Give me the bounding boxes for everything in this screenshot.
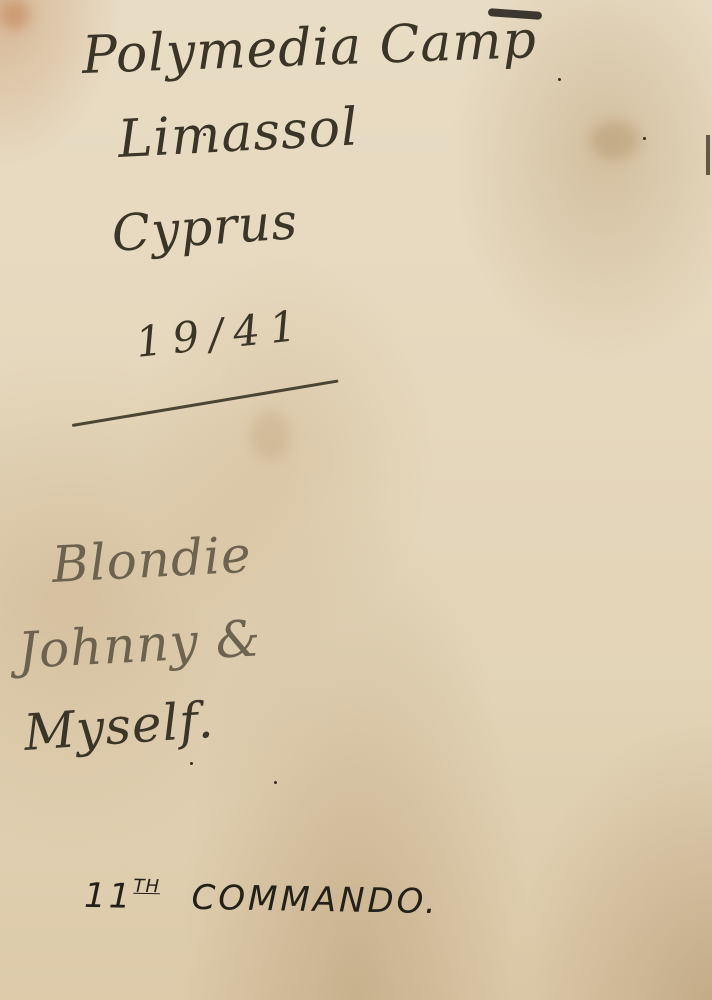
edge-mark (706, 135, 710, 175)
stain (250, 410, 290, 460)
address-line-city: Limassol (116, 97, 360, 170)
unit-ordinal-suffix: TH (133, 876, 160, 897)
name-blondie: Blondie (50, 526, 252, 594)
speck (190, 762, 193, 765)
unit-label: 11TH COMMANDO. (84, 875, 440, 922)
stain (590, 120, 640, 160)
address-date: 19/41 (133, 300, 308, 367)
divider-underline (72, 379, 339, 427)
stain (0, 0, 30, 30)
speck (643, 137, 646, 140)
name-myself: Myself. (22, 691, 216, 762)
aged-paper-card: Polymedia Camp Limassol Cyprus 19/41 Blo… (0, 0, 712, 1000)
unit-name: COMMANDO. (191, 878, 439, 922)
speck (274, 781, 277, 784)
address-line-country: Cyprus (110, 192, 300, 263)
name-johnny: Johnny & (16, 609, 262, 680)
speck (558, 78, 561, 81)
unit-number: 11 (84, 876, 134, 917)
address-line-camp: Polymedia Camp (81, 10, 538, 86)
